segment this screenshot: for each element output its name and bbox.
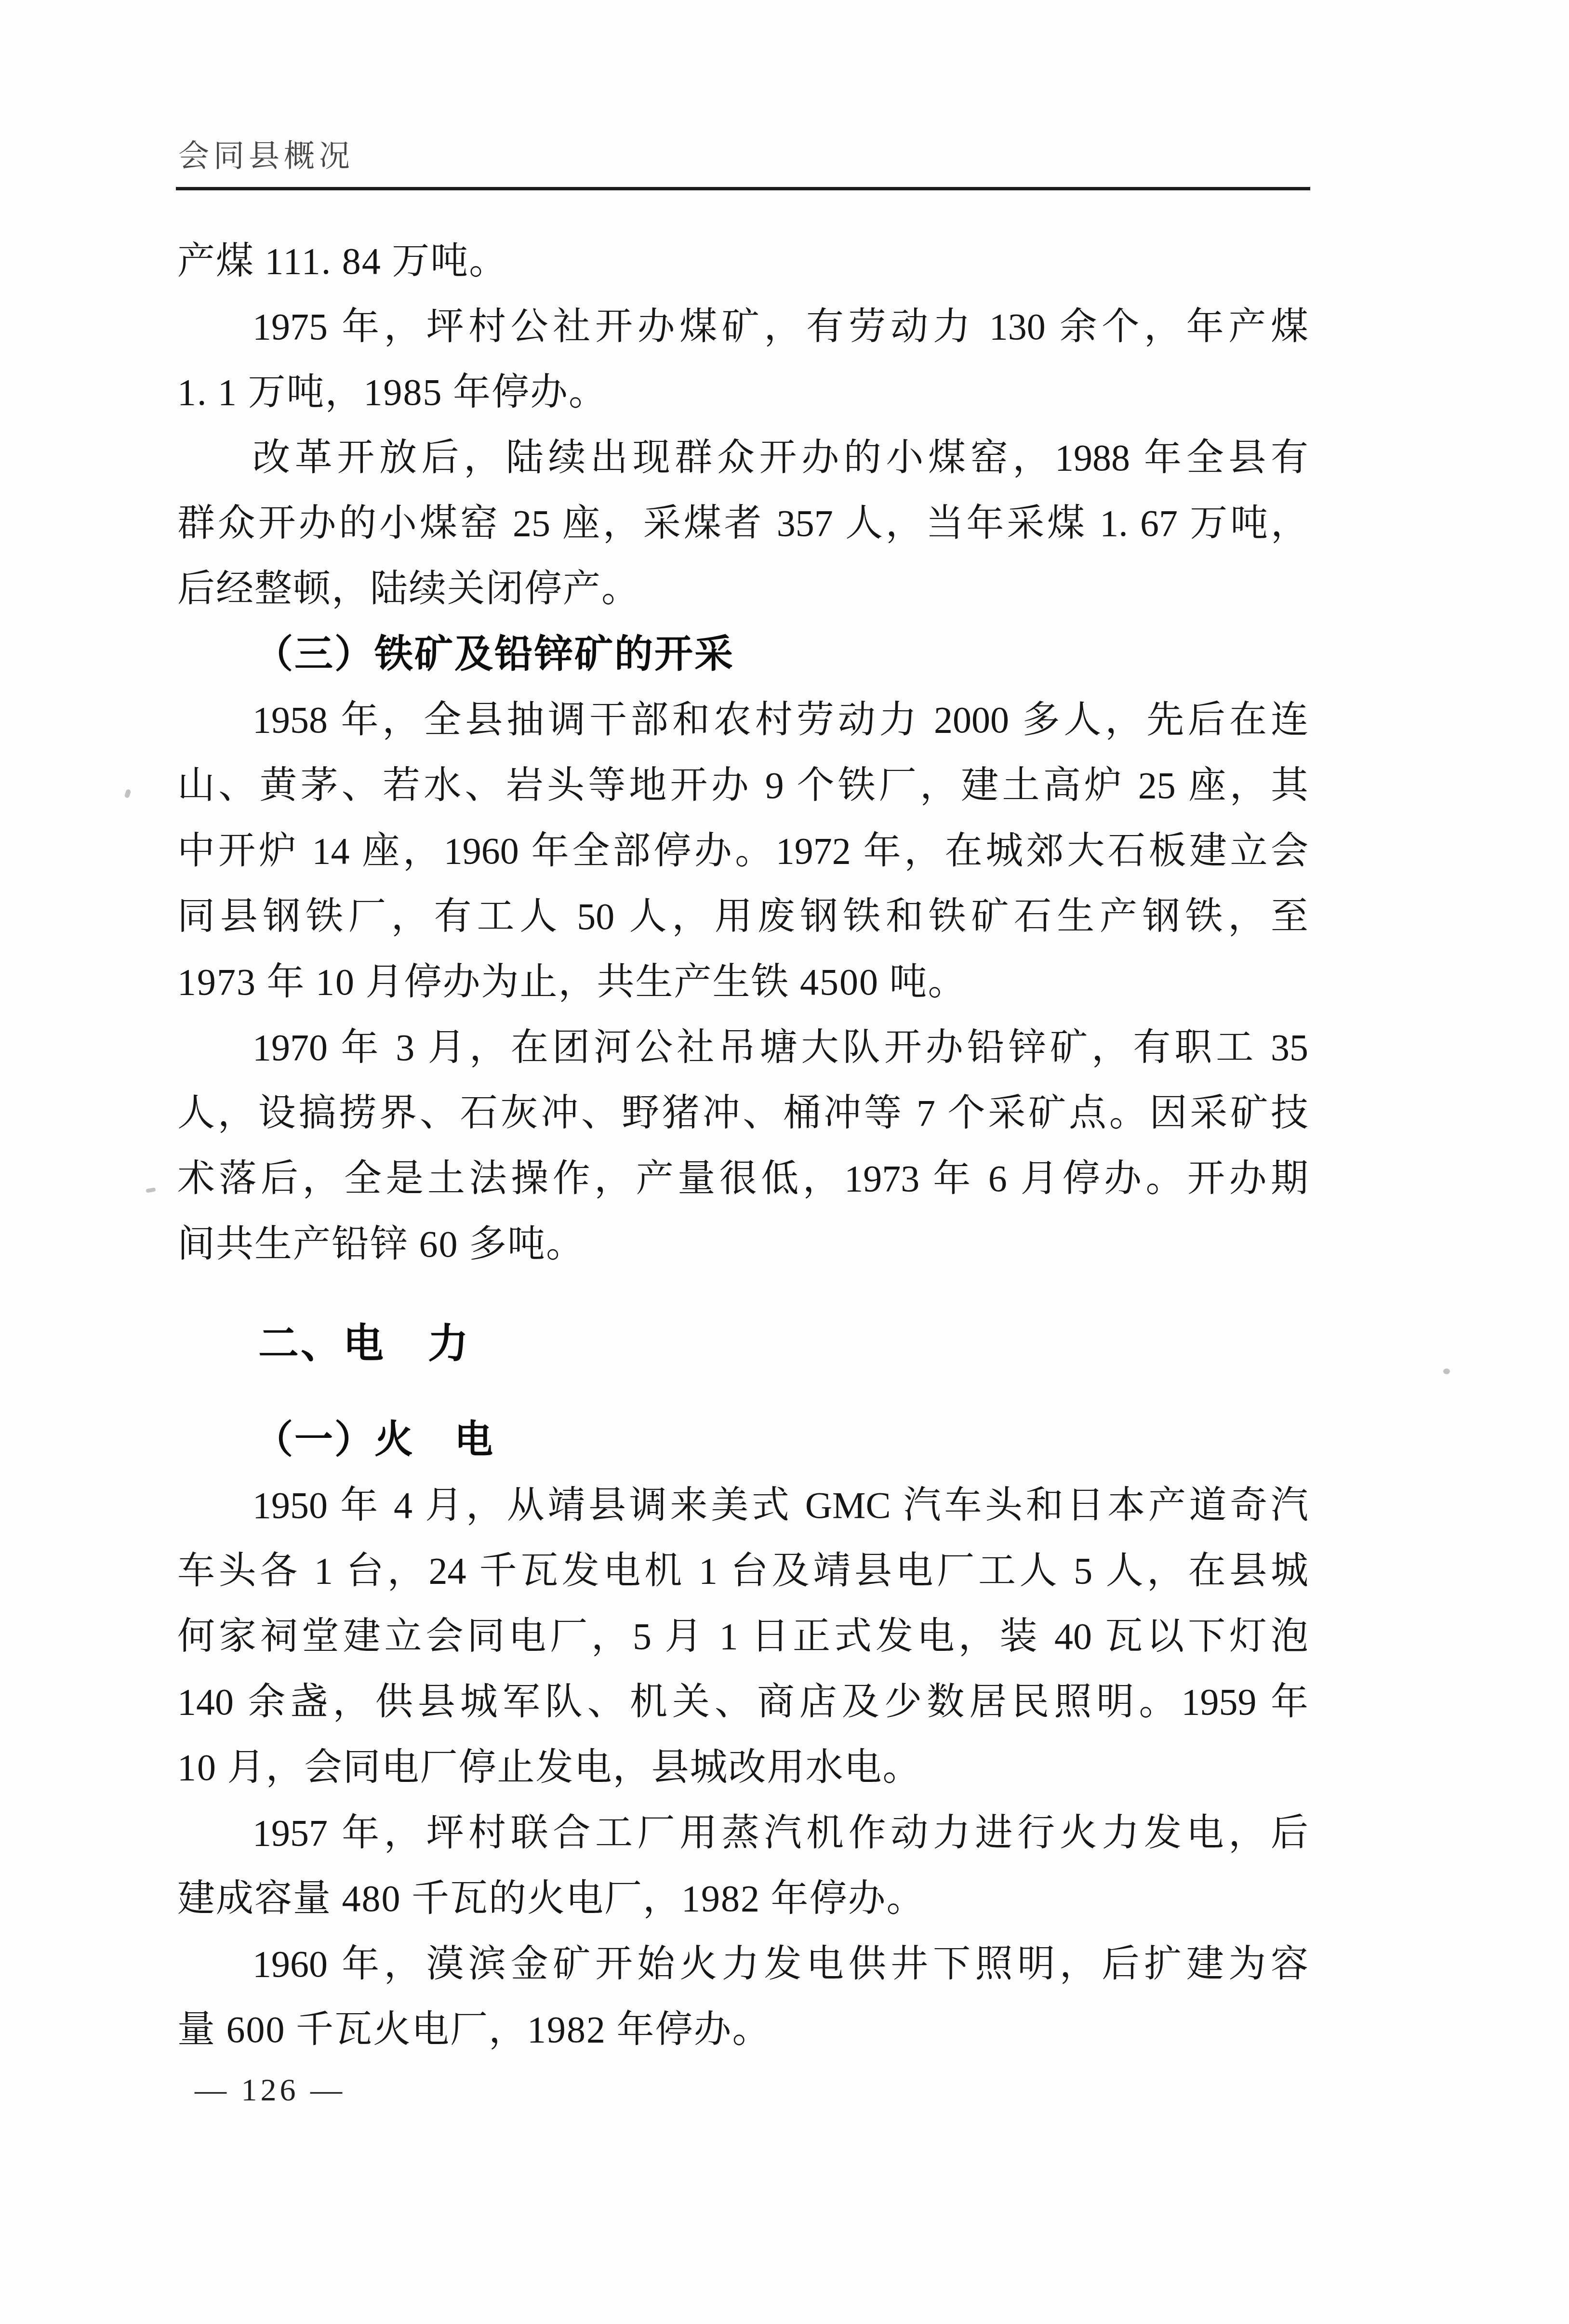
text-line: 1. 1 万吨，1985 年停办。 <box>177 359 1308 425</box>
header-rule <box>176 187 1310 190</box>
text-line: 产煤 111. 84 万吨。 <box>177 228 1308 294</box>
text-line: 1957 年，坪村联合工厂用蒸汽机作动力进行火力发电，后 <box>177 1800 1308 1866</box>
text-line: 间共生产铅锌 60 多吨。 <box>177 1211 1308 1277</box>
scanned-document-page: 会同县概况 产煤 111. 84 万吨。 1975 年，坪村公社开办煤矿，有劳动… <box>0 0 1569 2324</box>
scan-speck <box>124 789 131 798</box>
text-line: 1970 年 3 月，在团河公社吊塘大队开办铅锌矿，有职工 35 <box>177 1015 1308 1080</box>
page-number: — 126 — <box>195 2072 346 2109</box>
text-line: 1960 年，漠滨金矿开始火力发电供井下照明，后扩建为容 <box>177 1931 1308 1997</box>
running-header-title: 会同县概况 <box>178 131 354 175</box>
document-body: 产煤 111. 84 万吨。 1975 年，坪村公社开办煤矿，有劳动力 130 … <box>177 228 1308 2062</box>
text-line: 140 余盏，供县城军队、机关、商店及少数居民照明。1959 年 <box>177 1669 1308 1735</box>
scan-speck <box>1443 1368 1450 1374</box>
text-line: 中开炉 14 座，1960 年全部停办。1972 年，在城郊大石板建立会 <box>177 818 1308 884</box>
text-line: 量 600 千瓦火电厂，1982 年停办。 <box>177 1997 1308 2062</box>
text-line: 建成容量 480 千瓦的火电厂，1982 年停办。 <box>177 1866 1308 1931</box>
text-line: 1958 年，全县抽调干部和农村劳动力 2000 多人，先后在连 <box>177 687 1308 753</box>
section-heading-electric-power: 二、电 力 <box>177 1312 1308 1377</box>
text-line: 1973 年 10 月停办为止，共生产生铁 4500 吨。 <box>177 949 1308 1015</box>
text-line: 后经整顿，陆续关闭停产。 <box>177 556 1308 622</box>
text-line: 何家祠堂建立会同电厂，5 月 1 日正式发电，装 40 瓦以下灯泡 <box>177 1604 1308 1669</box>
text-line: 术落后，全是土法操作，产量很低，1973 年 6 月停办。开办期 <box>177 1146 1308 1211</box>
text-line: 1975 年，坪村公社开办煤矿，有劳动力 130 余个，年产煤 <box>177 294 1308 359</box>
text-line: 10 月，会同电厂停止发电，县城改用水电。 <box>177 1735 1308 1800</box>
subsection-heading-thermal-power: （一）火 电 <box>177 1407 1308 1473</box>
text-line: 同县钢铁厂，有工人 50 人，用废钢铁和铁矿石生产钢铁，至 <box>177 884 1308 949</box>
text-line: 群众开办的小煤窑 25 座，采煤者 357 人，当年采煤 1. 67 万吨， <box>177 491 1308 556</box>
subsection-heading-iron-lead-zinc: （三）铁矿及铅锌矿的开采 <box>177 622 1308 687</box>
text-line: 改革开放后，陆续出现群众开办的小煤窑，1988 年全县有 <box>177 425 1308 491</box>
text-line: 人，设搞捞界、石灰冲、野猪冲、桶冲等 7 个采矿点。因采矿技 <box>177 1080 1308 1146</box>
text-line: 山、黄茅、若水、岩头等地开办 9 个铁厂，建土高炉 25 座，其 <box>177 753 1308 818</box>
text-line: 1950 年 4 月，从靖县调来美式 GMC 汽车头和日本产道奇汽 <box>177 1473 1308 1538</box>
text-line: 车头各 1 台，24 千瓦发电机 1 台及靖县电厂工人 5 人，在县城 <box>177 1538 1308 1604</box>
scan-speck <box>146 1187 156 1193</box>
